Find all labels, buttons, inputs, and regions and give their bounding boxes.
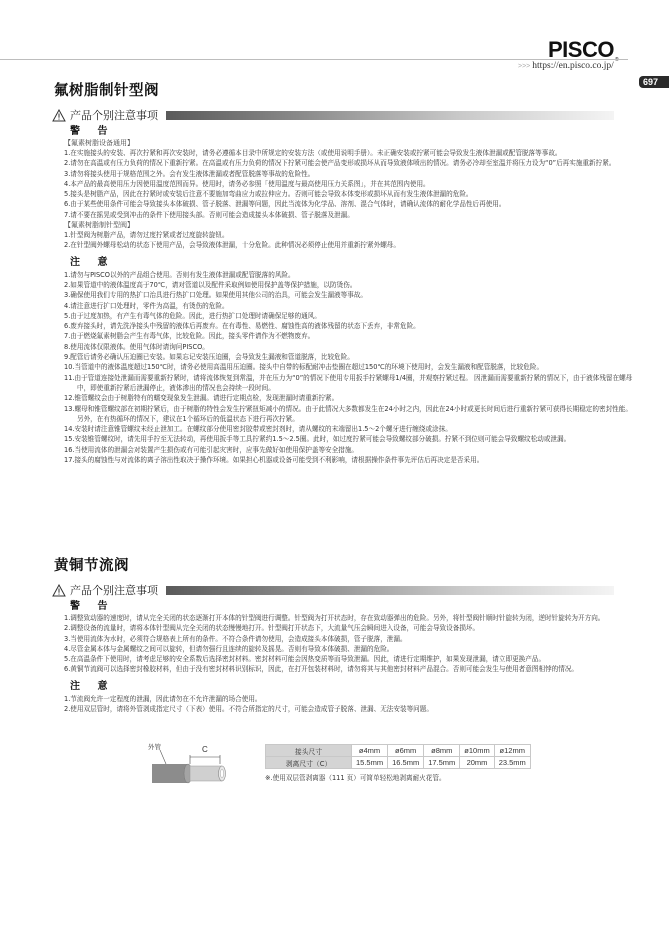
list-item: 5.在高温条件下使用时，请考虑足够的安全系数后选择密封材料。密封材料可能会因热变… bbox=[64, 654, 634, 664]
table-cell: 15.5mm bbox=[352, 757, 388, 769]
table-cell: 17.5mm bbox=[424, 757, 460, 769]
group-label: 【氟素树脂制针型阀】 bbox=[64, 220, 634, 230]
arrows-icon: >>> bbox=[518, 63, 530, 70]
table-cell: ø4mm bbox=[352, 745, 388, 757]
table-cell: 23.5mm bbox=[494, 757, 530, 769]
section-brass-throttle-valve: 黄铜节流阀 产品个别注意事项 警 告 1.调整致动器的速度时，请从完全关闭的状态… bbox=[54, 555, 634, 714]
caution-list: 1.请勿与PISCO以外的产品组合使用。否则有发生液体泄漏或配管脱落的风险。 2… bbox=[64, 270, 634, 466]
list-item: 7.请不要在摇晃或受到冲击的条件下使用接头部。否则可能会造成接头本体破损、管子脱… bbox=[64, 210, 634, 220]
list-item: 4.尽管金属本体与金属螺纹之间可以旋转，但请勿强行且连续的旋转及摇晃。否则有导致… bbox=[64, 644, 634, 654]
double-tube-diagram: 外管 C bbox=[140, 742, 250, 790]
list-item: 1.请勿与PISCO以外的产品组合使用。否则有发生液体泄漏或配管脱落的风险。 bbox=[64, 270, 634, 280]
url-text: https://en.pisco.co.jp/ bbox=[532, 61, 614, 71]
gradient-bar bbox=[166, 586, 614, 595]
list-item: 10.当管道中的液体温度超过150℃时，请务必使用高温用压迫圈。接头中自带的标配… bbox=[64, 362, 634, 372]
list-item: 1.调整致动器的速度时，请从完全关闭的状态逐渐打开本体的针型阀进行调整。针型阀为… bbox=[64, 613, 634, 623]
warning-triangle-icon bbox=[52, 584, 66, 597]
gradient-bar bbox=[166, 111, 614, 120]
group-label: 【氟素树脂设备通用】 bbox=[64, 138, 634, 148]
list-item: 6.废弃接头时，请先洗净接头中残留的液体后再废弃。在有毒性、易燃性、腐蚀性高的液… bbox=[64, 321, 634, 331]
list-item: 2.请勿在高温或有压力负荷的情况下重新拧紧。在高温或有压力负荷的情况下拧紧可能会… bbox=[64, 158, 634, 168]
list-item: 9.配管后请务必确认压迫圈已安装。如果忘记安装压迫圈，会导致发生漏液和管道脱落，… bbox=[64, 352, 634, 362]
caution-list: 1.节流阀允许一定程度的泄漏，因此请勿在不允许泄漏的场合使用。 2.使用双层管时… bbox=[64, 694, 634, 715]
list-item: 6.黄铜节流阀可以选择密封橡胶材料，但由于没有密封材料识别标识，因此，在打开包装… bbox=[64, 664, 634, 674]
warning-heading: 警 告 bbox=[70, 125, 634, 138]
registered-mark: ® bbox=[615, 57, 618, 63]
table-cell: ø10mm bbox=[460, 745, 494, 757]
list-item: 2.调整设备的流量时，请将本体针型阀从完全关闭的状态慢慢地打开。针型阀打开状态下… bbox=[64, 623, 634, 633]
list-item: 5.接头是树脂产品，因此在拧紧时或安装后注意不要施加弯曲应力或拉伸应力。否则可能… bbox=[64, 189, 634, 199]
list-item: 16.当使用流体的泄漏会对装置产生损伤或有可能引起灾害时，应事先做好如使用保护盖… bbox=[64, 445, 634, 455]
strip-length-table: 接头尺寸 ø4mm ø6mm ø8mm ø10mm ø12mm 剥离尺寸（C） … bbox=[265, 744, 531, 769]
warning-list-needle-valve: 1.针型阀为树脂产品，请勿过度拧紧或者过度旋转旋钮。 2.在针型阀外螺母松动的状… bbox=[64, 230, 634, 251]
subhead-bar: 产品个别注意事项 bbox=[52, 581, 634, 599]
list-item: 6.由于某些使用条件可能会导致接头本体破损、管子脱落、泄漏等问题，因此当流体为化… bbox=[64, 199, 634, 209]
table-row: 剥离尺寸（C） 15.5mm 16.5mm 17.5mm 20mm 23.5mm bbox=[266, 757, 531, 769]
table-cell: ø8mm bbox=[424, 745, 460, 757]
section-title: 氟树脂制针型阀 bbox=[54, 80, 634, 102]
warning-list: 1.调整致动器的速度时，请从完全关闭的状态逐渐打开本体的针型阀进行调整。针型阀为… bbox=[64, 613, 634, 675]
list-item: 3.确保使用我们专用的热扩口治具进行热扩口处理。如果使用其他公司的治具，可能会发… bbox=[64, 290, 634, 300]
list-item: 2.在针型阀外螺母松动的状态下使用产品，会导致液体泄漏，十分危险。此种情况必须停… bbox=[64, 240, 634, 250]
section-fluororesin-needle-valve: 氟树脂制针型阀 产品个别注意事项 警 告 【氟素树脂设备通用】 1.在实施接头的… bbox=[54, 80, 634, 465]
row-header: 剥离尺寸（C） bbox=[266, 757, 352, 769]
section-title: 黄铜节流阀 bbox=[54, 555, 634, 577]
table-row: 接头尺寸 ø4mm ø6mm ø8mm ø10mm ø12mm bbox=[266, 745, 531, 757]
list-item: 8.使用流体仅限液体。使用气体时请询问PISCO。 bbox=[64, 342, 634, 352]
subhead-label: 产品个别注意事项 bbox=[70, 107, 158, 123]
website-link[interactable]: >>>https://en.pisco.co.jp/ bbox=[518, 61, 614, 71]
caution-heading: 注 意 bbox=[70, 680, 634, 693]
caution-heading: 注 意 bbox=[70, 256, 634, 269]
list-item: 2.如果管道中的液体温度高于70℃，请对管道以及配件采取例如使用保护盖等保护措施… bbox=[64, 280, 634, 290]
list-item: 1.节流阀允许一定程度的泄漏，因此请勿在不允许泄漏的场合使用。 bbox=[64, 694, 634, 704]
list-item: 14.安装时请注意锥管螺纹未经止泄加工。在螺纹部分使用密封胶带或密封剂时，请从螺… bbox=[64, 424, 634, 434]
list-item: 7.由于燃烧氟素树脂会产生有毒气体，比较危险。因此，接头零件请作为不燃物废弃。 bbox=[64, 331, 634, 341]
list-item: 4.请注意进行扩口处理时，零件为高温，有烫伤的危险。 bbox=[64, 301, 634, 311]
subhead-bar: 产品个别注意事项 bbox=[52, 106, 634, 124]
list-item: 13.螺母和锥管螺纹部在初期拧紧后，由于树脂的特性会发生拧紧扭矩减小的情况。由于… bbox=[64, 404, 634, 425]
table-cell: ø12mm bbox=[494, 745, 530, 757]
list-item: 4.本产品的最高使用压力因使用温度范围而异。使用时，请务必参照「使用温度与最高使… bbox=[64, 179, 634, 189]
warning-list-general: 1.在实施接头的安装、再次拧紧和再次安装时，请务必遵循本目录中所规定的安装方法（… bbox=[64, 148, 634, 220]
subhead-label: 产品个别注意事项 bbox=[70, 582, 158, 598]
header-divider bbox=[0, 59, 628, 60]
table-cell: ø6mm bbox=[388, 745, 424, 757]
table-cell: 20mm bbox=[460, 757, 494, 769]
list-item: 1.针型阀为树脂产品，请勿过度拧紧或者过度旋转旋钮。 bbox=[64, 230, 634, 240]
row-header: 接头尺寸 bbox=[266, 745, 352, 757]
list-item: 5.由于过度加热，有产生有毒气体的危险。因此，进行热扩口处理时请确保足够的通风。 bbox=[64, 311, 634, 321]
list-item: 3.当使用流体为水时，必须符合规格表上所有的条件。不符合条件请勿使用，会造成接头… bbox=[64, 634, 634, 644]
table-note: ※.使用双层管剥离器（111 页）可简单轻松地剥离耐火花管。 bbox=[265, 772, 446, 782]
list-item: 1.在实施接头的安装、再次拧紧和再次安装时，请务必遵循本目录中所规定的安装方法（… bbox=[64, 148, 634, 158]
list-item: 3.请勿将接头使用于规格范围之外。会有发生液体泄漏或者配管脱落等事故的危险性。 bbox=[64, 169, 634, 179]
tube-illustration bbox=[140, 742, 250, 790]
list-item: 12.锥管螺纹会由于树脂特有的蠕变现象发生泄漏。请进行定期点检，发现泄漏时请重新… bbox=[64, 393, 634, 403]
list-item: 2.使用双层管时，请将外管剥成指定尺寸（下表）使用。不符合所指定的尺寸，可能会造… bbox=[64, 704, 634, 714]
list-item: 17.接头的腐蚀性与对流体的离子溶出性取决于操作环境。如果担心机器或设备可能受到… bbox=[64, 455, 634, 465]
table-cell: 16.5mm bbox=[388, 757, 424, 769]
warning-triangle-icon bbox=[52, 109, 66, 122]
page-number-tab: 697 bbox=[639, 76, 669, 88]
list-item: 11.由于管道连接处泄漏而需要重新拧紧时，请将流体恢复到常温，并在压力为“0”的… bbox=[64, 373, 634, 394]
list-item: 15.安装锥管螺纹时，请先用手拧至无法转动，再使用扳手等工具拧紧约1.5～2.5… bbox=[64, 434, 634, 444]
warning-heading: 警 告 bbox=[70, 600, 634, 613]
